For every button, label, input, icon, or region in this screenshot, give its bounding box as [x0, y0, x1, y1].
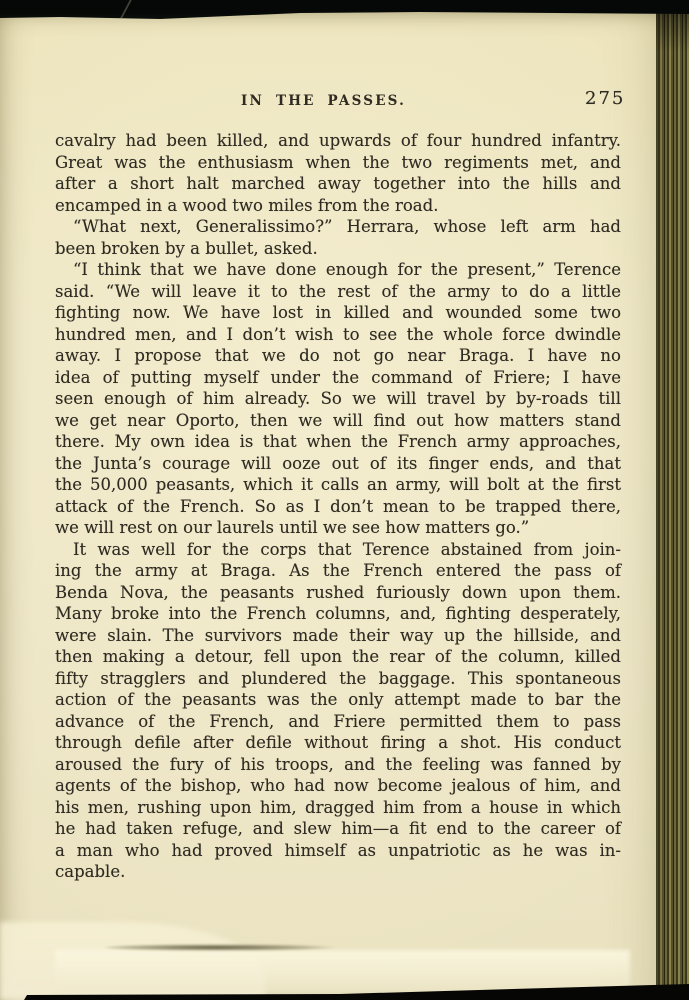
text-line: It was well for the corps that Terence a… — [55, 539, 621, 561]
text-line: there. My own idea is that when the Fren… — [55, 431, 621, 453]
text-line: Benda Nova, the peasants rushed furiousl… — [55, 582, 621, 604]
text-line: we get near Oporto, then we will find ou… — [55, 410, 621, 432]
text-line: seen enough of him already. So we will t… — [55, 388, 621, 410]
text-line: Many broke into the French columns, and,… — [55, 603, 621, 625]
text-line: fifty stragglers and plundered the bagga… — [55, 668, 621, 690]
text-line: Great was the enthusiasm when the two re… — [55, 152, 621, 174]
page-body-text: cavalry had been killed, and upwards of … — [55, 130, 621, 883]
text-line: fighting now. We have lost in killed and… — [55, 302, 621, 324]
page-number: 275 — [585, 88, 625, 109]
text-line: hundred men, and I don’t wish to see the… — [55, 324, 621, 346]
text-line: said. “We will leave it to the rest of t… — [55, 281, 621, 303]
running-title: IN THE PASSES. — [241, 93, 406, 109]
book-scan: IN THE PASSES. 275 cavalry had been kill… — [0, 0, 689, 1000]
text-line: his men, rushing upon him, dragged him f… — [55, 797, 621, 819]
text-line: away. I propose that we do not go near B… — [55, 345, 621, 367]
text-line: been broken by a bullet, asked. — [55, 238, 621, 260]
text-line: attack of the French. So as I don’t mean… — [55, 496, 621, 518]
text-line: he had taken refuge, and slew him—a fit … — [55, 818, 621, 840]
text-line: agents of the bishop, who had now become… — [55, 775, 621, 797]
text-line: after a short halt marched away together… — [55, 173, 621, 195]
text-line: we will rest on our laurels until we see… — [55, 517, 621, 539]
text-line: cavalry had been killed, and upwards of … — [55, 130, 621, 152]
text-line: then making a detour, fell upon the rear… — [55, 646, 621, 668]
text-line: “I think that we have done enough for th… — [55, 259, 621, 281]
text-line: ing the army at Braga. As the French ent… — [55, 560, 621, 582]
text-line: “What next, Generalissimo?” Herrara, who… — [55, 216, 621, 238]
text-line: advance of the French, and Friere permit… — [55, 711, 621, 733]
text-line: capable. — [55, 861, 621, 883]
text-line: through defile after defile without firi… — [55, 732, 621, 754]
text-line: the 50,000 peasants, which it calls an a… — [55, 474, 621, 496]
text-line: action of the peasants was the only atte… — [55, 689, 621, 711]
printed-content: IN THE PASSES. 275 cavalry had been kill… — [0, 0, 689, 1000]
text-line: encamped in a wood two miles from the ro… — [55, 195, 621, 217]
text-line: aroused the fury of his troops, and the … — [55, 754, 621, 776]
text-line: were slain. The survivors made their way… — [55, 625, 621, 647]
text-line: a man who had proved himself as unpatrio… — [55, 840, 621, 862]
text-line: the Junta’s courage will ooze out of its… — [55, 453, 621, 475]
text-line: idea of putting myself under the command… — [55, 367, 621, 389]
